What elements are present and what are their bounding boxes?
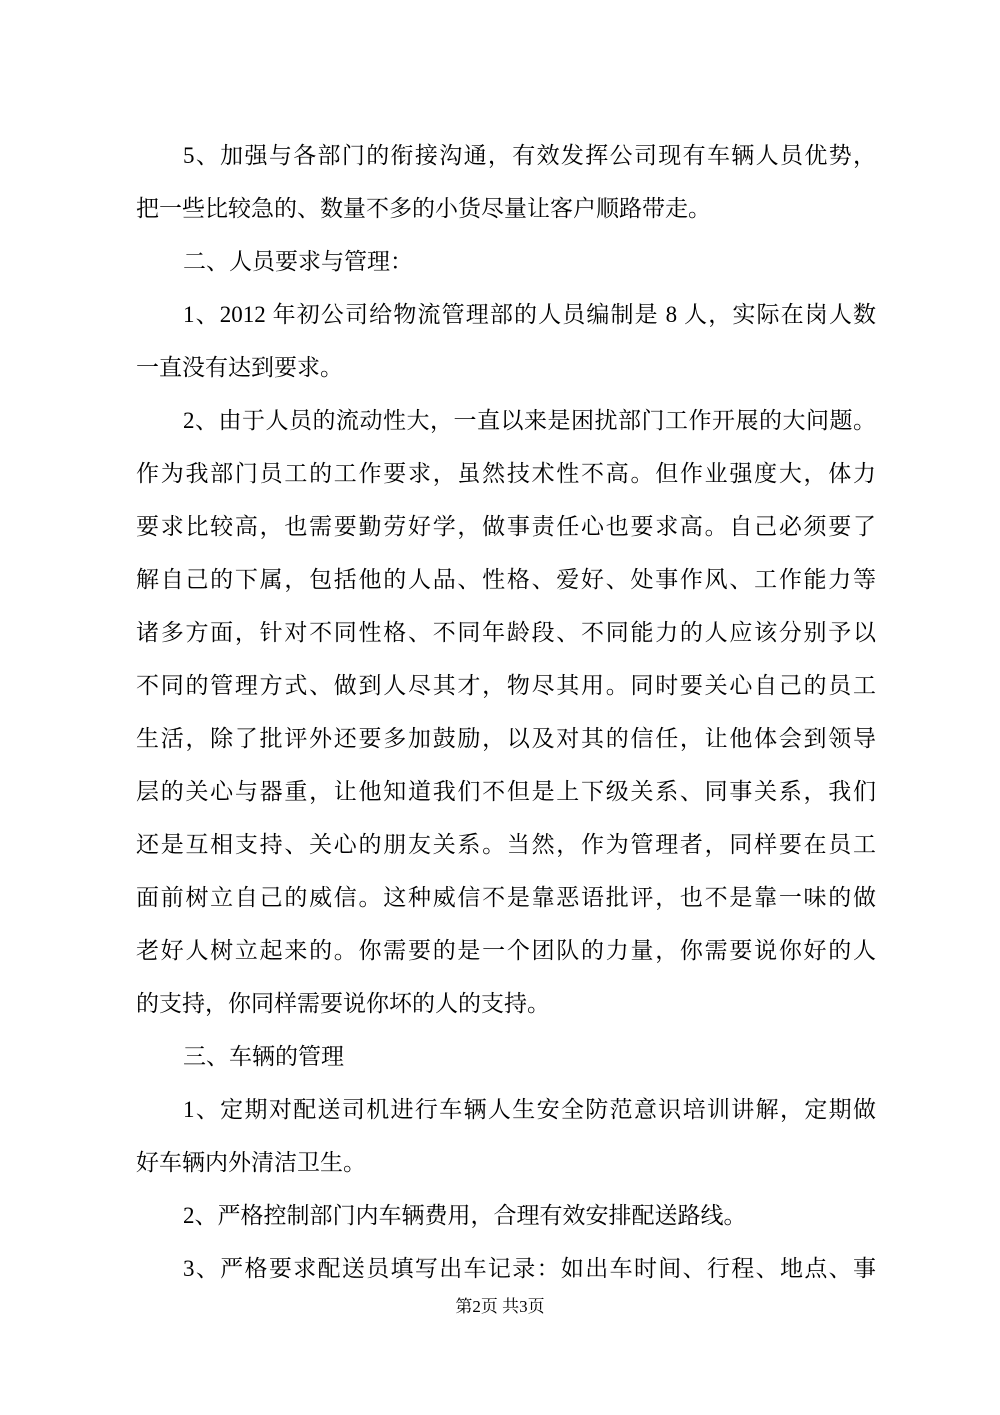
document-body: 5、加强与各部门的衔接沟通，有效发挥公司现有车辆人员优势，把一些比较急的、数量不… [136, 129, 876, 1295]
text-line: 的支持，你同样需要说你坏的人的支持。 [136, 977, 876, 1030]
text-line: 3、严格要求配送员填写出车记录：如出车时间、行程、地点、事 [136, 1242, 876, 1295]
text-line: 解自己的下属，包括他的人品、性格、爱好、处事作风、工作能力等 [136, 553, 876, 606]
text-line: 作为我部门员工的工作要求，虽然技术性不高。但作业强度大，体力 [136, 447, 876, 500]
document-page: 5、加强与各部门的衔接沟通，有效发挥公司现有车辆人员优势，把一些比较急的、数量不… [0, 0, 1000, 1415]
text-line: 生活，除了批评外还要多加鼓励，以及对其的信任，让他体会到领导 [136, 712, 876, 765]
text-line: 2、严格控制部门内车辆费用，合理有效安排配送路线。 [136, 1189, 876, 1242]
text-line: 还是互相支持、关心的朋友关系。当然，作为管理者，同样要在员工 [136, 818, 876, 871]
text-line: 把一些比较急的、数量不多的小货尽量让客户顺路带走。 [136, 182, 876, 235]
text-line: 老好人树立起来的。你需要的是一个团队的力量，你需要说你好的人 [136, 924, 876, 977]
text-line: 诸多方面，针对不同性格、不同年龄段、不同能力的人应该分别予以 [136, 606, 876, 659]
text-line: 二、人员要求与管理： [136, 235, 876, 288]
text-line: 一直没有达到要求。 [136, 341, 876, 394]
text-line: 5、加强与各部门的衔接沟通，有效发挥公司现有车辆人员优势， [136, 129, 876, 182]
text-line: 面前树立自己的威信。这种威信不是靠恶语批评，也不是靠一味的做 [136, 871, 876, 924]
text-line: 不同的管理方式、做到人尽其才，物尽其用。同时要关心自己的员工 [136, 659, 876, 712]
text-line: 要求比较高，也需要勤劳好学，做事责任心也要求高。自己必须要了 [136, 500, 876, 553]
page-number-footer: 第2页 共3页 [0, 1295, 1000, 1319]
text-line: 1、2012 年初公司给物流管理部的人员编制是 8 人，实际在岗人数 [136, 288, 876, 341]
text-line: 2、由于人员的流动性大，一直以来是困扰部门工作开展的大问题。 [136, 394, 876, 447]
text-line: 1、定期对配送司机进行车辆人生安全防范意识培训讲解，定期做 [136, 1083, 876, 1136]
text-line: 三、车辆的管理 [136, 1030, 876, 1083]
text-line: 层的关心与器重，让他知道我们不但是上下级关系、同事关系，我们 [136, 765, 876, 818]
text-line: 好车辆内外清洁卫生。 [136, 1136, 876, 1189]
